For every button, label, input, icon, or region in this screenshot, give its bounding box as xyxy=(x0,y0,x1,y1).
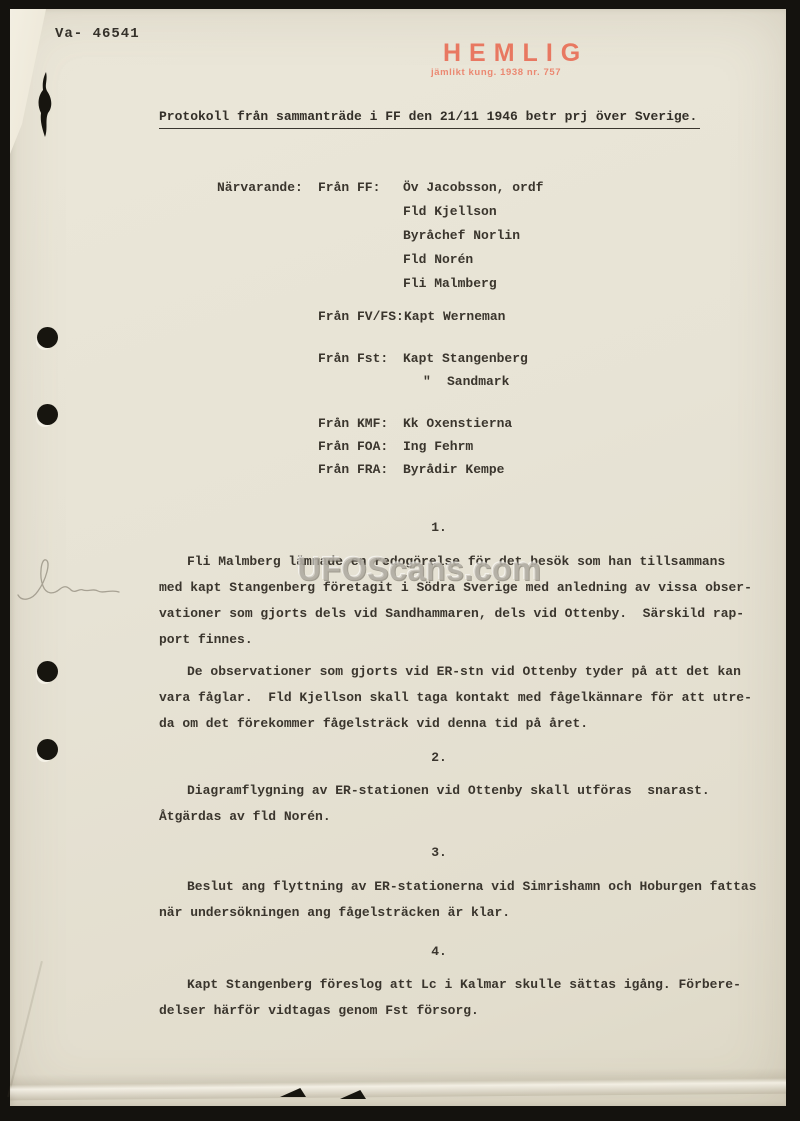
attendee-name: Kk Oxenstierna xyxy=(403,416,512,432)
section-paragraph: Diagramflygning av ER-stationen vid Otte… xyxy=(159,778,767,830)
protocol-line: vationer som gjorts dels vid Sandhammare… xyxy=(159,601,767,627)
protocol-line: Kapt Stangenberg föreslog att Lc i Kalma… xyxy=(159,972,767,998)
punch-hole xyxy=(37,404,58,425)
section-number: 2. xyxy=(159,750,719,765)
punch-hole xyxy=(37,327,58,348)
section-paragraph: Kapt Stangenberg föreslog att Lc i Kalma… xyxy=(159,972,767,1024)
attendee-name: Fld Kjellson xyxy=(403,204,497,220)
reference-number: Va- 46541 xyxy=(55,26,140,42)
protocol-line: Åtgärdas av fld Norén. xyxy=(159,804,767,830)
attendee-name: Kapt Stangenberg xyxy=(403,351,528,367)
document-page: Va- 46541 HEMLIG jämlikt kung. 1938 nr. … xyxy=(10,9,786,1106)
attendee-org: Från FF: xyxy=(318,180,380,196)
protocol-line: da om det förekommer fågelsträck vid den… xyxy=(159,711,767,737)
protocol-line: Beslut ang flyttning av ER-stationerna v… xyxy=(159,874,767,900)
attendee-name: Öv Jacobsson, ordf xyxy=(403,180,543,196)
punch-hole xyxy=(37,661,58,682)
attendee-org: Från Fst: xyxy=(318,351,388,367)
section-paragraph: Beslut ang flyttning av ER-stationerna v… xyxy=(159,874,767,926)
paper-fold xyxy=(10,1068,786,1101)
attendee-org: Från FOA: xyxy=(318,439,388,455)
section-paragraph: De observationer som gjorts vid ER-stn v… xyxy=(159,659,767,737)
pencil-signature xyxy=(12,547,126,617)
protocol-line: port finnes. xyxy=(159,627,767,653)
attendees-label: Närvarande: xyxy=(217,180,303,196)
ink-blot xyxy=(36,71,56,139)
attendee-name: Byrådir Kempe xyxy=(403,462,504,478)
document-title: Protokoll från sammanträde i FF den 21/1… xyxy=(159,109,700,129)
watermark: UFOScans.com xyxy=(297,550,541,588)
attendee-org: Från FV/FS: xyxy=(318,309,404,325)
section-number: 3. xyxy=(159,845,719,860)
attendee-name: Kapt Werneman xyxy=(404,309,505,325)
secrecy-stamp: HEMLIG xyxy=(443,39,588,68)
protocol-line: Diagramflygning av ER-stationen vid Otte… xyxy=(159,778,767,804)
protocol-line: delser härför vidtagas genom Fst försorg… xyxy=(159,998,767,1024)
section-number: 4. xyxy=(159,944,719,959)
attendee-name: Fld Norén xyxy=(403,252,473,268)
attendee-org: Från KMF: xyxy=(318,416,388,432)
punch-hole xyxy=(37,739,58,760)
attendee-org: Från FRA: xyxy=(318,462,388,478)
protocol-line: när undersökningen ang fågelsträcken är … xyxy=(159,900,767,926)
ditto-mark: " xyxy=(423,374,431,390)
attendee-name: Fli Malmberg xyxy=(403,276,497,292)
protocol-line: vara fåglar. Fld Kjellson skall taga kon… xyxy=(159,685,767,711)
section-number: 1. xyxy=(159,520,719,535)
protocol-line: De observationer som gjorts vid ER-stn v… xyxy=(159,659,767,685)
attendee-name: Byråchef Norlin xyxy=(403,228,520,244)
attendee-name: Ing Fehrm xyxy=(403,439,473,455)
scanner-background: Va- 46541 HEMLIG jämlikt kung. 1938 nr. … xyxy=(0,0,800,1121)
secrecy-stamp-subtitle: jämlikt kung. 1938 nr. 757 xyxy=(431,67,561,78)
attendee-name: Sandmark xyxy=(447,374,509,390)
